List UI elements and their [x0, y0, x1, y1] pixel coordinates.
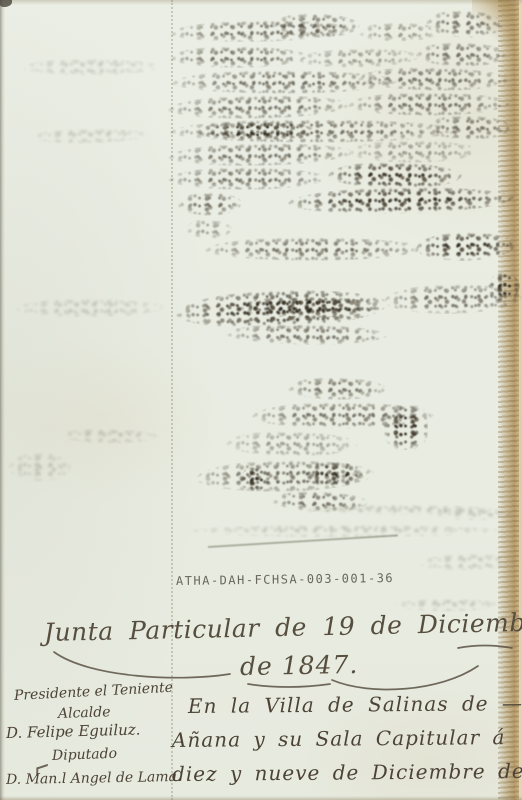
page-edge-left: [0, 0, 5, 800]
ink-smudge: [348, 92, 510, 116]
show-through-ghost: [28, 127, 150, 145]
ink-smudge: [168, 141, 353, 167]
ink-blot: [384, 404, 428, 450]
show-through-ghost: [8, 452, 72, 482]
show-through-ghost: [14, 298, 166, 318]
ink-smudge: [170, 46, 308, 68]
ink-smudge: [328, 161, 462, 190]
body-text-line1: En la Villa de Salinas de —: [188, 691, 522, 718]
ink-smudge: [205, 237, 423, 261]
ink-smudge: [288, 376, 386, 401]
ink-smudge: [288, 185, 514, 216]
show-through-ghost: [58, 427, 160, 445]
ink-smudge: [168, 93, 350, 120]
show-through-ghost: [20, 58, 162, 76]
page-corner-mark: [0, 0, 12, 7]
margin-note-alcalde: Alcalde: [58, 704, 111, 722]
body-text-line2: Añana y su Sala Capitular á: [172, 725, 506, 752]
page-edge-top: [0, 0, 522, 5]
ink-smudge: [226, 430, 358, 458]
ink-smudge: [226, 323, 388, 347]
ink-smudge: [298, 47, 420, 69]
body-text-line3: diez y nueve de Diciembre de: [172, 759, 522, 786]
ink-smudge: [178, 192, 242, 216]
ink-smudge: [168, 167, 326, 190]
ink-smudge: [416, 41, 508, 68]
ink-smudge: [348, 140, 480, 163]
page-edge-bottom: [0, 796, 522, 800]
margin-note-deputy-title: Diputado: [52, 746, 118, 764]
ink-smudge: [186, 218, 233, 240]
margin-note-president-name: D. Felipe Eguiluz.: [6, 720, 141, 742]
show-through-ghost: [184, 524, 506, 538]
ink-smudge: [305, 460, 363, 488]
ink-smudge: [358, 66, 510, 93]
archive-reference-stamp: ATHA-DAH-FCHSA-003-001-36: [176, 571, 394, 588]
margin-note-deputy-name: D. Man.l Angel de Lama.: [6, 769, 182, 788]
manuscript-page: ATHA-DAH-FCHSA-003-001-36 Junta Particul…: [0, 0, 522, 800]
